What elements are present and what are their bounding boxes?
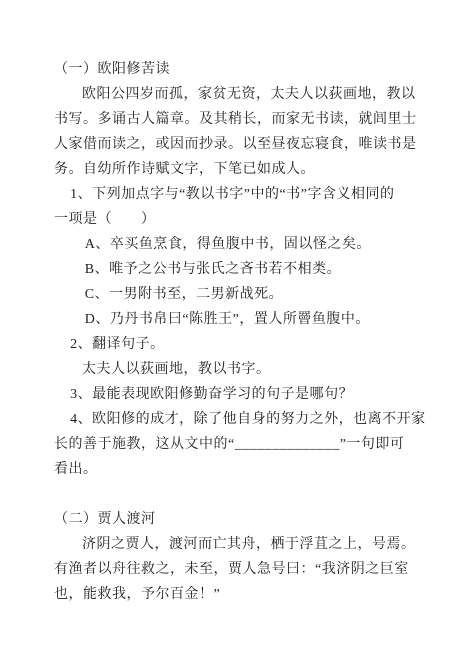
option-b: B、唯予之公书与张氏之吝书若不相类。 [54,257,420,282]
passage-line: 人家借而读之，或因而抄录。以至昼夜忘寝食，唯读书是 [54,132,420,157]
section-1: （一）欧阳修苦读 欧阳公四岁而孤，家贫无资，太夫人以荻画地，教以 书写。多诵古人… [54,57,420,482]
passage-line: 务。自幼所作诗赋文字，下笔已如成人。 [54,157,420,182]
option-d: D、乃丹书帛曰“陈胜王”，置人所罾鱼腹中。 [54,307,420,332]
option-c: C、一男附书至，二男新战死。 [54,282,420,307]
section-gap [54,482,420,507]
section-2: （二）贾人渡河 济阴之贾人，渡河而亡其舟，栖于浮苴之上，号焉。 有渔者以舟往救之… [54,507,420,607]
option-a: A、卒买鱼烹食，得鱼腹中书，固以怪之矣。 [54,232,420,257]
question-4-line: 长的善于施教，这从文中的“______________”一句即可 [54,432,420,457]
question-2: 2、翻译句子。 [54,332,420,357]
section-2-title: （二）贾人渡河 [54,507,420,532]
question-3: 3、最能表现欧阳修勤奋学习的句子是哪句？ [54,382,420,407]
passage-line: 济阴之贾人，渡河而亡其舟，栖于浮苴之上，号焉。 [54,532,420,557]
passage-line: 也，能救我，予尔百金！” [54,582,420,607]
section-1-title: （一）欧阳修苦读 [54,57,420,82]
passage-line: 书写。多诵古人篇章。及其稍长，而家无书读，就闾里士 [54,107,420,132]
question-2-sentence: 太夫人以荻画地，教以书字。 [54,357,420,382]
question-4-line: 看出。 [54,457,420,482]
question-1-line: 1、下列加点字与“教以书字”中的“书”字含义相同的 [54,182,420,207]
passage-line: 有渔者以舟往救之，未至，贾人急号曰：“我济阴之巨室 [54,557,420,582]
passage-line: 欧阳公四岁而孤，家贫无资，太夫人以荻画地，教以 [54,82,420,107]
question-4-line: 4、欧阳修的成才，除了他自身的努力之外，也离不开家 [54,407,420,432]
question-1-line: 一项是（ ） [54,207,420,232]
worksheet-page: （一）欧阳修苦读 欧阳公四岁而孤，家贫无资，太夫人以荻画地，教以 书写。多诵古人… [0,0,474,670]
